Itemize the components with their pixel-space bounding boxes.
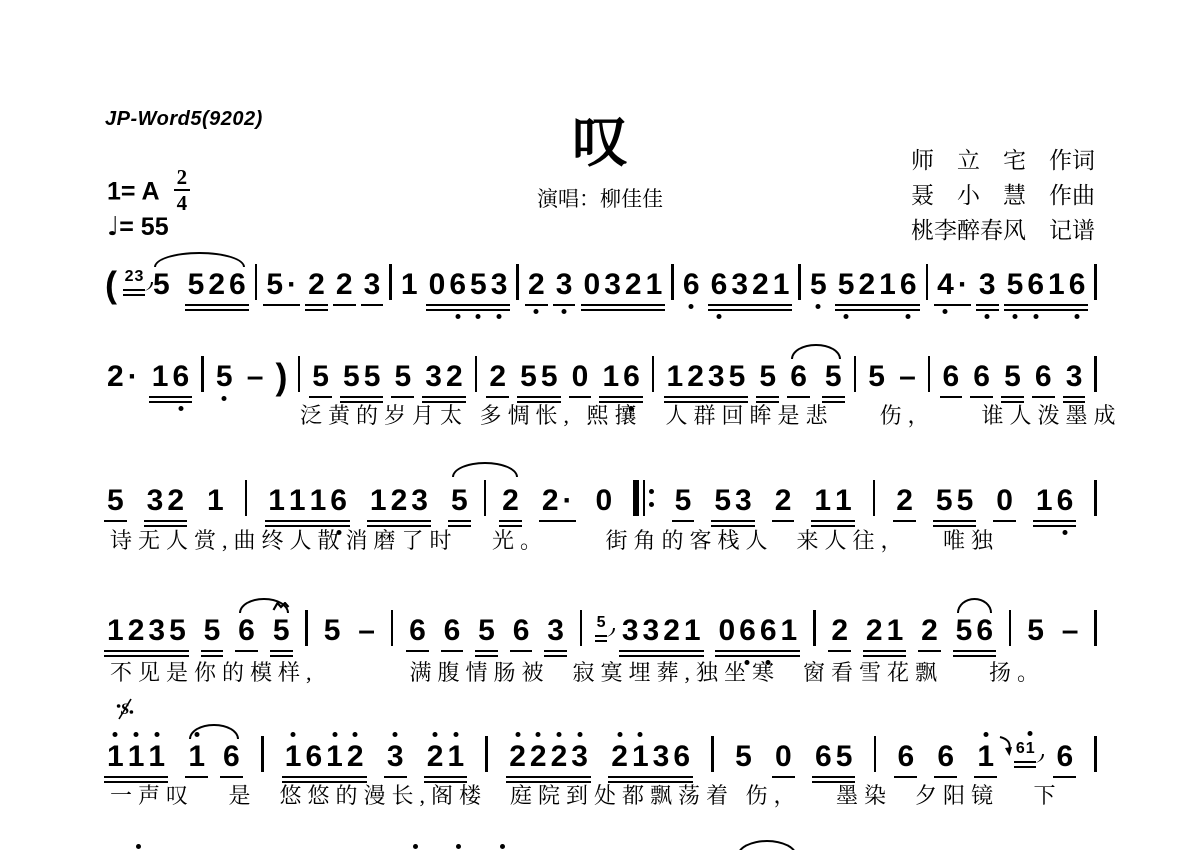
octave-dot (844, 314, 849, 319)
note-token: 3321 (620, 616, 703, 646)
note-token: 1235 (665, 362, 748, 392)
note-token: 0 (570, 362, 591, 392)
note-char: 5 (204, 616, 221, 646)
note-token: 2 (919, 616, 940, 646)
note-char: 5 (216, 362, 233, 392)
barline (305, 610, 308, 646)
note-token: 6 (511, 616, 532, 646)
note-char: 3 (147, 486, 164, 516)
repeat-dots (649, 480, 654, 516)
octave-dot (816, 304, 821, 309)
note-char: 6 (409, 616, 426, 646)
octave-dot (178, 406, 183, 411)
note-char: 3 (731, 270, 748, 300)
note-char: 2 (107, 362, 124, 392)
note-char: 2 (347, 742, 364, 772)
octave-dot (500, 844, 505, 849)
octave-dot (136, 844, 141, 849)
slur-group: 5526 (151, 270, 248, 300)
note-char: 5 (273, 616, 290, 646)
note-char: 5 (169, 616, 186, 646)
note-char: 6 (1035, 362, 1052, 392)
note-char: · (563, 486, 573, 516)
octave-dot (556, 732, 561, 737)
octave-dot (433, 732, 438, 737)
note-token: – (245, 362, 266, 392)
note-token: 2 (526, 270, 547, 300)
barline (652, 356, 655, 392)
note-char: 2 (551, 742, 568, 772)
note-char: 1 (667, 362, 684, 392)
note-char: 1 (447, 742, 464, 772)
note-token: 6 (1033, 362, 1054, 392)
note-char: 6 (1056, 742, 1073, 772)
note-char: 2 (921, 616, 938, 646)
parenthesis: ) (275, 359, 287, 395)
note-char: 5 (936, 486, 953, 516)
note-char: 5 (675, 486, 692, 516)
note-token: 5 (733, 742, 754, 772)
note-char: 2 (542, 486, 559, 516)
note-char: 6 (897, 742, 914, 772)
octave-dot (413, 844, 418, 849)
octave-dot (689, 304, 694, 309)
note-token: 3 (362, 270, 383, 300)
note-char: · (128, 362, 138, 392)
note-char: 6 (673, 742, 690, 772)
note-token: 3 (1064, 362, 1085, 392)
note-char: 6 (1027, 270, 1044, 300)
note-char: 5 (343, 362, 360, 392)
repeat-dot (649, 502, 654, 507)
note-token: 5 (214, 362, 235, 392)
music-line-1: (2355265·2231065323032166321552164·35616 (105, 264, 1097, 300)
octave-dot (617, 732, 622, 737)
lyrics-line-2: 泛黄的岁月太 多惆怅, 熙攘 人群回眸是悲 伤， 谁人泼墨成 (300, 399, 1122, 430)
note-char: 2 (858, 270, 875, 300)
barline (245, 480, 248, 516)
note-char: 6 (760, 616, 777, 646)
note-char: 6 (223, 742, 240, 772)
repeat-open-barline (633, 480, 654, 516)
note-char: 2 (336, 270, 353, 300)
barline (1094, 356, 1097, 392)
time-denominator: 4 (174, 191, 191, 214)
barline (261, 736, 264, 772)
barline (1009, 610, 1012, 646)
note-char: 6 (513, 616, 530, 646)
barline (711, 736, 714, 772)
note-char: 5 (810, 270, 827, 300)
time-numerator: 2 (174, 166, 191, 191)
octave-dot (906, 314, 911, 319)
note-token: 6 (895, 742, 916, 772)
note-token: 21 (425, 742, 466, 772)
note-token: 2 (334, 270, 355, 300)
grace-slur (604, 628, 615, 637)
note-token: 55 (518, 362, 559, 392)
octave-dot (113, 732, 118, 737)
note-char: 1 (152, 362, 169, 392)
time-signature: 24 (174, 166, 191, 214)
mordent-icon (273, 602, 290, 611)
note-char: 6 (1057, 486, 1074, 516)
note-char: 1 (326, 742, 343, 772)
note-token: 5 (1025, 616, 1046, 646)
note-char: 2 (866, 616, 883, 646)
credit-composer: 聂 小 慧 作曲 (911, 178, 1095, 213)
note-char: – (899, 362, 916, 392)
note-char: 5 (1027, 616, 1044, 646)
note-char: 3 (622, 616, 639, 646)
note-token: 16 (150, 362, 191, 392)
note-char: 5 (836, 742, 853, 772)
quarter-note-icon: ♩ (107, 212, 119, 242)
octave-dot (1075, 314, 1080, 319)
note-token: 5 (476, 616, 497, 646)
note-char: 3 (1066, 362, 1083, 392)
note-char: 0 (775, 742, 792, 772)
note-token: 6 (221, 742, 242, 772)
note-token: 2· (540, 486, 575, 516)
note-token: 123 (368, 486, 430, 516)
note-token: 0661 (716, 616, 799, 646)
grace-note: 23 (124, 269, 144, 285)
note-char: 2 (831, 616, 848, 646)
barline (671, 264, 674, 300)
music-line-4: 12355655–665635332106612212565– (105, 610, 1097, 646)
note-token: 5 (310, 362, 331, 392)
note-token: 1 (399, 270, 420, 300)
note-char: · (287, 270, 297, 300)
note-char: 2 (775, 486, 792, 516)
barline (854, 356, 857, 392)
note-char: 2 (625, 270, 642, 300)
note-char: 6 (229, 270, 246, 300)
barline (926, 264, 929, 300)
octave-dot (985, 314, 990, 319)
barline (1094, 264, 1097, 300)
octave-dot (154, 732, 159, 737)
barline (798, 264, 801, 300)
note-char: 6 (937, 742, 954, 772)
barline (1094, 480, 1097, 516)
octave-dot (332, 732, 337, 737)
note-char: 0 (996, 486, 1013, 516)
note-char: 1 (207, 486, 224, 516)
note-char: · (958, 270, 968, 300)
note-token: 5 (151, 270, 172, 300)
note-char: 3 (547, 616, 564, 646)
note-token: 111 (105, 742, 167, 772)
note-char: 3 (387, 742, 404, 772)
barline (928, 356, 931, 392)
note-char: 6 (739, 616, 756, 646)
note-token: 0653 (427, 270, 510, 300)
octave-dot (534, 309, 539, 314)
note-char: 3 (411, 486, 428, 516)
note-char: 5 (451, 486, 468, 516)
note-token: 21 (864, 616, 905, 646)
octave-dot (353, 732, 358, 737)
note-char: 0 (584, 270, 601, 300)
note-token: 0 (994, 486, 1015, 516)
note-token: 1 (205, 486, 226, 516)
note-char: 1 (285, 742, 302, 772)
octave-dot (497, 314, 502, 319)
note-char: 2 (530, 742, 547, 772)
segno-icon: S (116, 697, 134, 721)
note-char: 3 (148, 616, 165, 646)
octave-dot (536, 732, 541, 737)
barline (391, 610, 394, 646)
note-token: 3 (545, 616, 566, 646)
note-char: 5 (478, 616, 495, 646)
note-char: 6 (711, 270, 728, 300)
note-token: 5 (392, 362, 413, 392)
tempo-value: = 55 (119, 213, 168, 241)
octave-dot (577, 732, 582, 737)
note-token: 6 (935, 742, 956, 772)
note-char: 1 (107, 616, 124, 646)
octave-dot (1033, 314, 1038, 319)
note-char: 3 (425, 362, 442, 392)
note-char: 2 (208, 270, 225, 300)
note-token: – (1060, 616, 1081, 646)
note-char: 5 (956, 616, 973, 646)
note-token: 6 (442, 616, 463, 646)
slur-group: 16 (186, 742, 241, 772)
note-char: – (358, 616, 375, 646)
note-char: 0 (596, 486, 613, 516)
svg-text:S: S (121, 701, 130, 718)
music-line-3: 53211116123522·0553211255016 (105, 480, 1097, 516)
note-token: 5 (823, 362, 844, 392)
note-token: – (897, 362, 918, 392)
note-char: 2 (752, 270, 769, 300)
note-char: 6 (900, 270, 917, 300)
note-char: 5 (153, 270, 170, 300)
octave-dot (456, 844, 461, 849)
note-token: 55 (934, 486, 975, 516)
key-text: 1= A (107, 178, 160, 206)
note-char: 5 (364, 362, 381, 392)
octave-dot (1028, 731, 1033, 736)
note-token: 1 (975, 742, 996, 772)
note-char: 3 (491, 270, 508, 300)
note-char: 1 (370, 486, 387, 516)
note-char: 3 (979, 270, 996, 300)
note-char: 1 (977, 742, 994, 772)
note-char: 5 (714, 486, 731, 516)
note-char: 1 (188, 742, 205, 772)
note-char: 2 (896, 486, 913, 516)
note-token: 5 (202, 616, 223, 646)
note-token: 6 (941, 362, 962, 392)
note-char: 2 (509, 742, 526, 772)
note-char: 5 (729, 362, 746, 392)
grace-slur (1033, 754, 1044, 763)
note-token: 6 (1054, 742, 1075, 772)
note-char: 6 (238, 616, 255, 646)
note-char: 6 (976, 616, 993, 646)
barline-mark (643, 480, 646, 516)
note-char: 1 (814, 486, 831, 516)
note-char: 3 (604, 270, 621, 300)
note-char: 5 (324, 616, 341, 646)
note-char: 1 (835, 486, 852, 516)
note-char: 3 (643, 616, 660, 646)
note-char: 5 (868, 362, 885, 392)
note-char: 6 (815, 742, 832, 772)
note-char: 2 (167, 486, 184, 516)
note-char: 5 (266, 270, 283, 300)
note-char: 6 (172, 362, 189, 392)
note-token: 16 (600, 362, 641, 392)
note-token: 53 (712, 486, 753, 516)
note-token: 5216 (836, 270, 919, 300)
note-token: 1 (186, 742, 207, 772)
note-char: – (247, 362, 264, 392)
note-token: 55 (341, 362, 382, 392)
lyrics-line-5: 一声叹 是 悠悠的漫长,阁楼 庭院到处都飘荡着 伤， 墨染 夕阳镜 下 (110, 779, 1062, 810)
octave-dot (638, 732, 643, 737)
note-char: 3 (653, 742, 670, 772)
note-token: 5 (673, 486, 694, 516)
note-char: 5 (838, 270, 855, 300)
note-char: 5 (394, 362, 411, 392)
note-char: 5 (470, 270, 487, 300)
note-token: 5 (322, 616, 343, 646)
barline (516, 264, 519, 300)
credit-lyricist: 师 立 宅 作词 (911, 143, 1095, 178)
grace-note: 61 (1015, 741, 1035, 757)
credits: 师 立 宅 作词 聂 小 慧 作曲 桃李醉春风 记谱 (911, 143, 1095, 248)
note-char: 6 (683, 270, 700, 300)
barline (484, 480, 487, 516)
slur-arc (737, 840, 797, 850)
barline (298, 356, 301, 392)
note-token: 5 (808, 270, 829, 300)
note-token: 5 (449, 486, 470, 516)
barline (1094, 610, 1097, 646)
octave-dot (291, 732, 296, 737)
note-token: 0 (594, 486, 615, 516)
octave-dot (194, 732, 199, 737)
note-token: – (356, 616, 377, 646)
note-char: 6 (1069, 270, 1086, 300)
note-char: 2 (489, 362, 506, 392)
portamento-icon (998, 736, 1013, 757)
note-char: 3 (708, 362, 725, 392)
note-char: 6 (1016, 741, 1025, 757)
note-char: 5 (759, 362, 776, 392)
note-char: 1 (148, 742, 165, 772)
note-token: 5 (105, 486, 126, 516)
note-token: 1235 (105, 616, 188, 646)
slur-group: 65 (236, 616, 291, 646)
note-token: 4· (935, 270, 970, 300)
note-token: 2 (306, 270, 327, 300)
note-char: 2 (611, 742, 628, 772)
note-token: 6 (407, 616, 428, 646)
note-token: 2 (894, 486, 915, 516)
note-char: 5 (735, 742, 752, 772)
note-char: 1 (107, 742, 124, 772)
note-token: 5 (757, 362, 778, 392)
note-token: 5 (866, 362, 887, 392)
octave-dot (222, 396, 227, 401)
barline (485, 736, 488, 772)
note-token: 2136 (609, 742, 692, 772)
note-char: 2 (528, 270, 545, 300)
note-char: 1 (632, 742, 649, 772)
note-char: 6 (444, 616, 461, 646)
note-char: 1 (781, 616, 798, 646)
note-char: 5 (957, 486, 974, 516)
note-char: 5 (107, 486, 124, 516)
tempo: ♩= 55 (107, 212, 169, 242)
octave-dot (515, 732, 520, 737)
note-token: 3 (977, 270, 998, 300)
note-token: 32 (423, 362, 464, 392)
octave-dot (983, 732, 988, 737)
barline (389, 264, 392, 300)
partial-next-line (0, 838, 1200, 850)
note-char: 1 (310, 486, 327, 516)
note-char: 6 (449, 270, 466, 300)
note-char: 5 (541, 362, 558, 392)
lyrics-line-4: 不见是你的模样, 满腹情肠被 寂寞埋葬,独坐寒 窗看雪花飘 扬。 (110, 656, 1045, 687)
barline (813, 610, 816, 646)
note-token: 6321 (709, 270, 792, 300)
note-token: 2 (487, 362, 508, 392)
note-char: 5 (188, 270, 205, 300)
note-token: 65 (813, 742, 854, 772)
note-token: 56 (954, 616, 995, 646)
barline (874, 736, 877, 772)
note-token: 32 (145, 486, 186, 516)
music-line-5: 111161612321222321365065661616 (105, 736, 1097, 772)
grace-note: 5 (596, 615, 606, 631)
note-token: 6 (681, 270, 702, 300)
note-token: 1116 (266, 486, 349, 516)
note-token: 0 (773, 742, 794, 772)
note-char: 2 (308, 270, 325, 300)
note-char: 2 (391, 486, 408, 516)
note-char: 3 (571, 742, 588, 772)
note-char: 1 (1036, 486, 1053, 516)
octave-dot (453, 732, 458, 737)
note-char: 0 (718, 616, 735, 646)
note-char: 6 (305, 742, 322, 772)
note-char: 5 (312, 362, 329, 392)
note-token: 5616 (1005, 270, 1088, 300)
barline (1094, 736, 1097, 772)
note-char: 4 (937, 270, 954, 300)
slur-group: 56 (954, 616, 995, 646)
octave-dot (476, 314, 481, 319)
note-token: 3 (385, 742, 406, 772)
note-char: 1 (684, 616, 701, 646)
note-char: 6 (943, 362, 960, 392)
octave-dot (716, 314, 721, 319)
note-token: 2· (105, 362, 140, 392)
note-token: 2 (829, 616, 850, 646)
note-char: 2 (687, 362, 704, 392)
note-char: 2 (125, 269, 134, 285)
note-char: 6 (790, 362, 807, 392)
